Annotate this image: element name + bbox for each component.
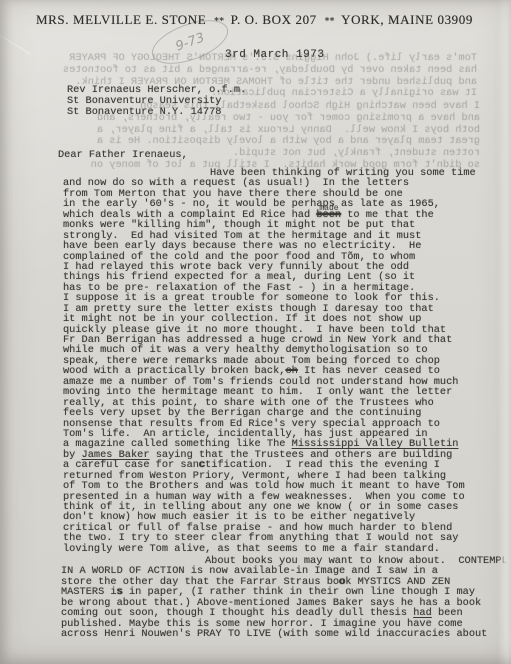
body-paragraph-1: Have been thinking of writing you some t…: [63, 168, 476, 554]
letterhead: MRS. MELVILLE E. STONE ∗∗ P. O. BOX 207 …: [36, 12, 473, 28]
body-line: across Henri Nouwen's PRAY TO LIVE (with…: [61, 629, 511, 639]
body-paragraph-1-lines: and now do so with a request (as usual!)…: [63, 178, 476, 554]
letterhead-ornament-icon: ∗∗: [324, 14, 334, 25]
letterhead-po-box: P. O. BOX 207: [231, 12, 317, 28]
body-line: it might not be in your collection. If i…: [63, 314, 476, 324]
salutation: Dear Father Irenaeus,: [58, 149, 188, 161]
body-paragraph-2-lines: IN A WORLD OF ACTION is now available-in…: [61, 566, 511, 639]
pencil-annotation-text: 9-73: [174, 30, 207, 54]
date-line: 3rd March 1973: [225, 49, 324, 61]
letter-page: Tom's early life.) John Higgins S.J.'s M…: [0, 0, 511, 664]
body-line: feels very upset by the Berrigan charge …: [63, 408, 476, 418]
scan-edge-strip: [498, 0, 511, 664]
recipient-address: Rev Irenaeus Herscher, o.f.m.St Bonavent…: [67, 85, 246, 119]
recipient-line: St Bonaventure N.Y. 14778: [67, 107, 246, 118]
body-line: have been early days because there was n…: [63, 241, 476, 251]
letterhead-ornament-icon: ∗∗: [213, 14, 223, 25]
body-line: of Tom to the Brothers and was told how …: [63, 481, 476, 491]
letterhead-city: YORK, MAINE 03909: [341, 12, 473, 28]
bleed-through-line: has been taken over by Doubleday, re-arr…: [35, 65, 477, 77]
body-paragraph-2: About books you may want to know about. …: [61, 556, 511, 640]
letterhead-name: MRS. MELVILLE E. STONE: [36, 12, 206, 28]
body-line: lovingly were Tom alive, as that seems t…: [63, 544, 476, 554]
